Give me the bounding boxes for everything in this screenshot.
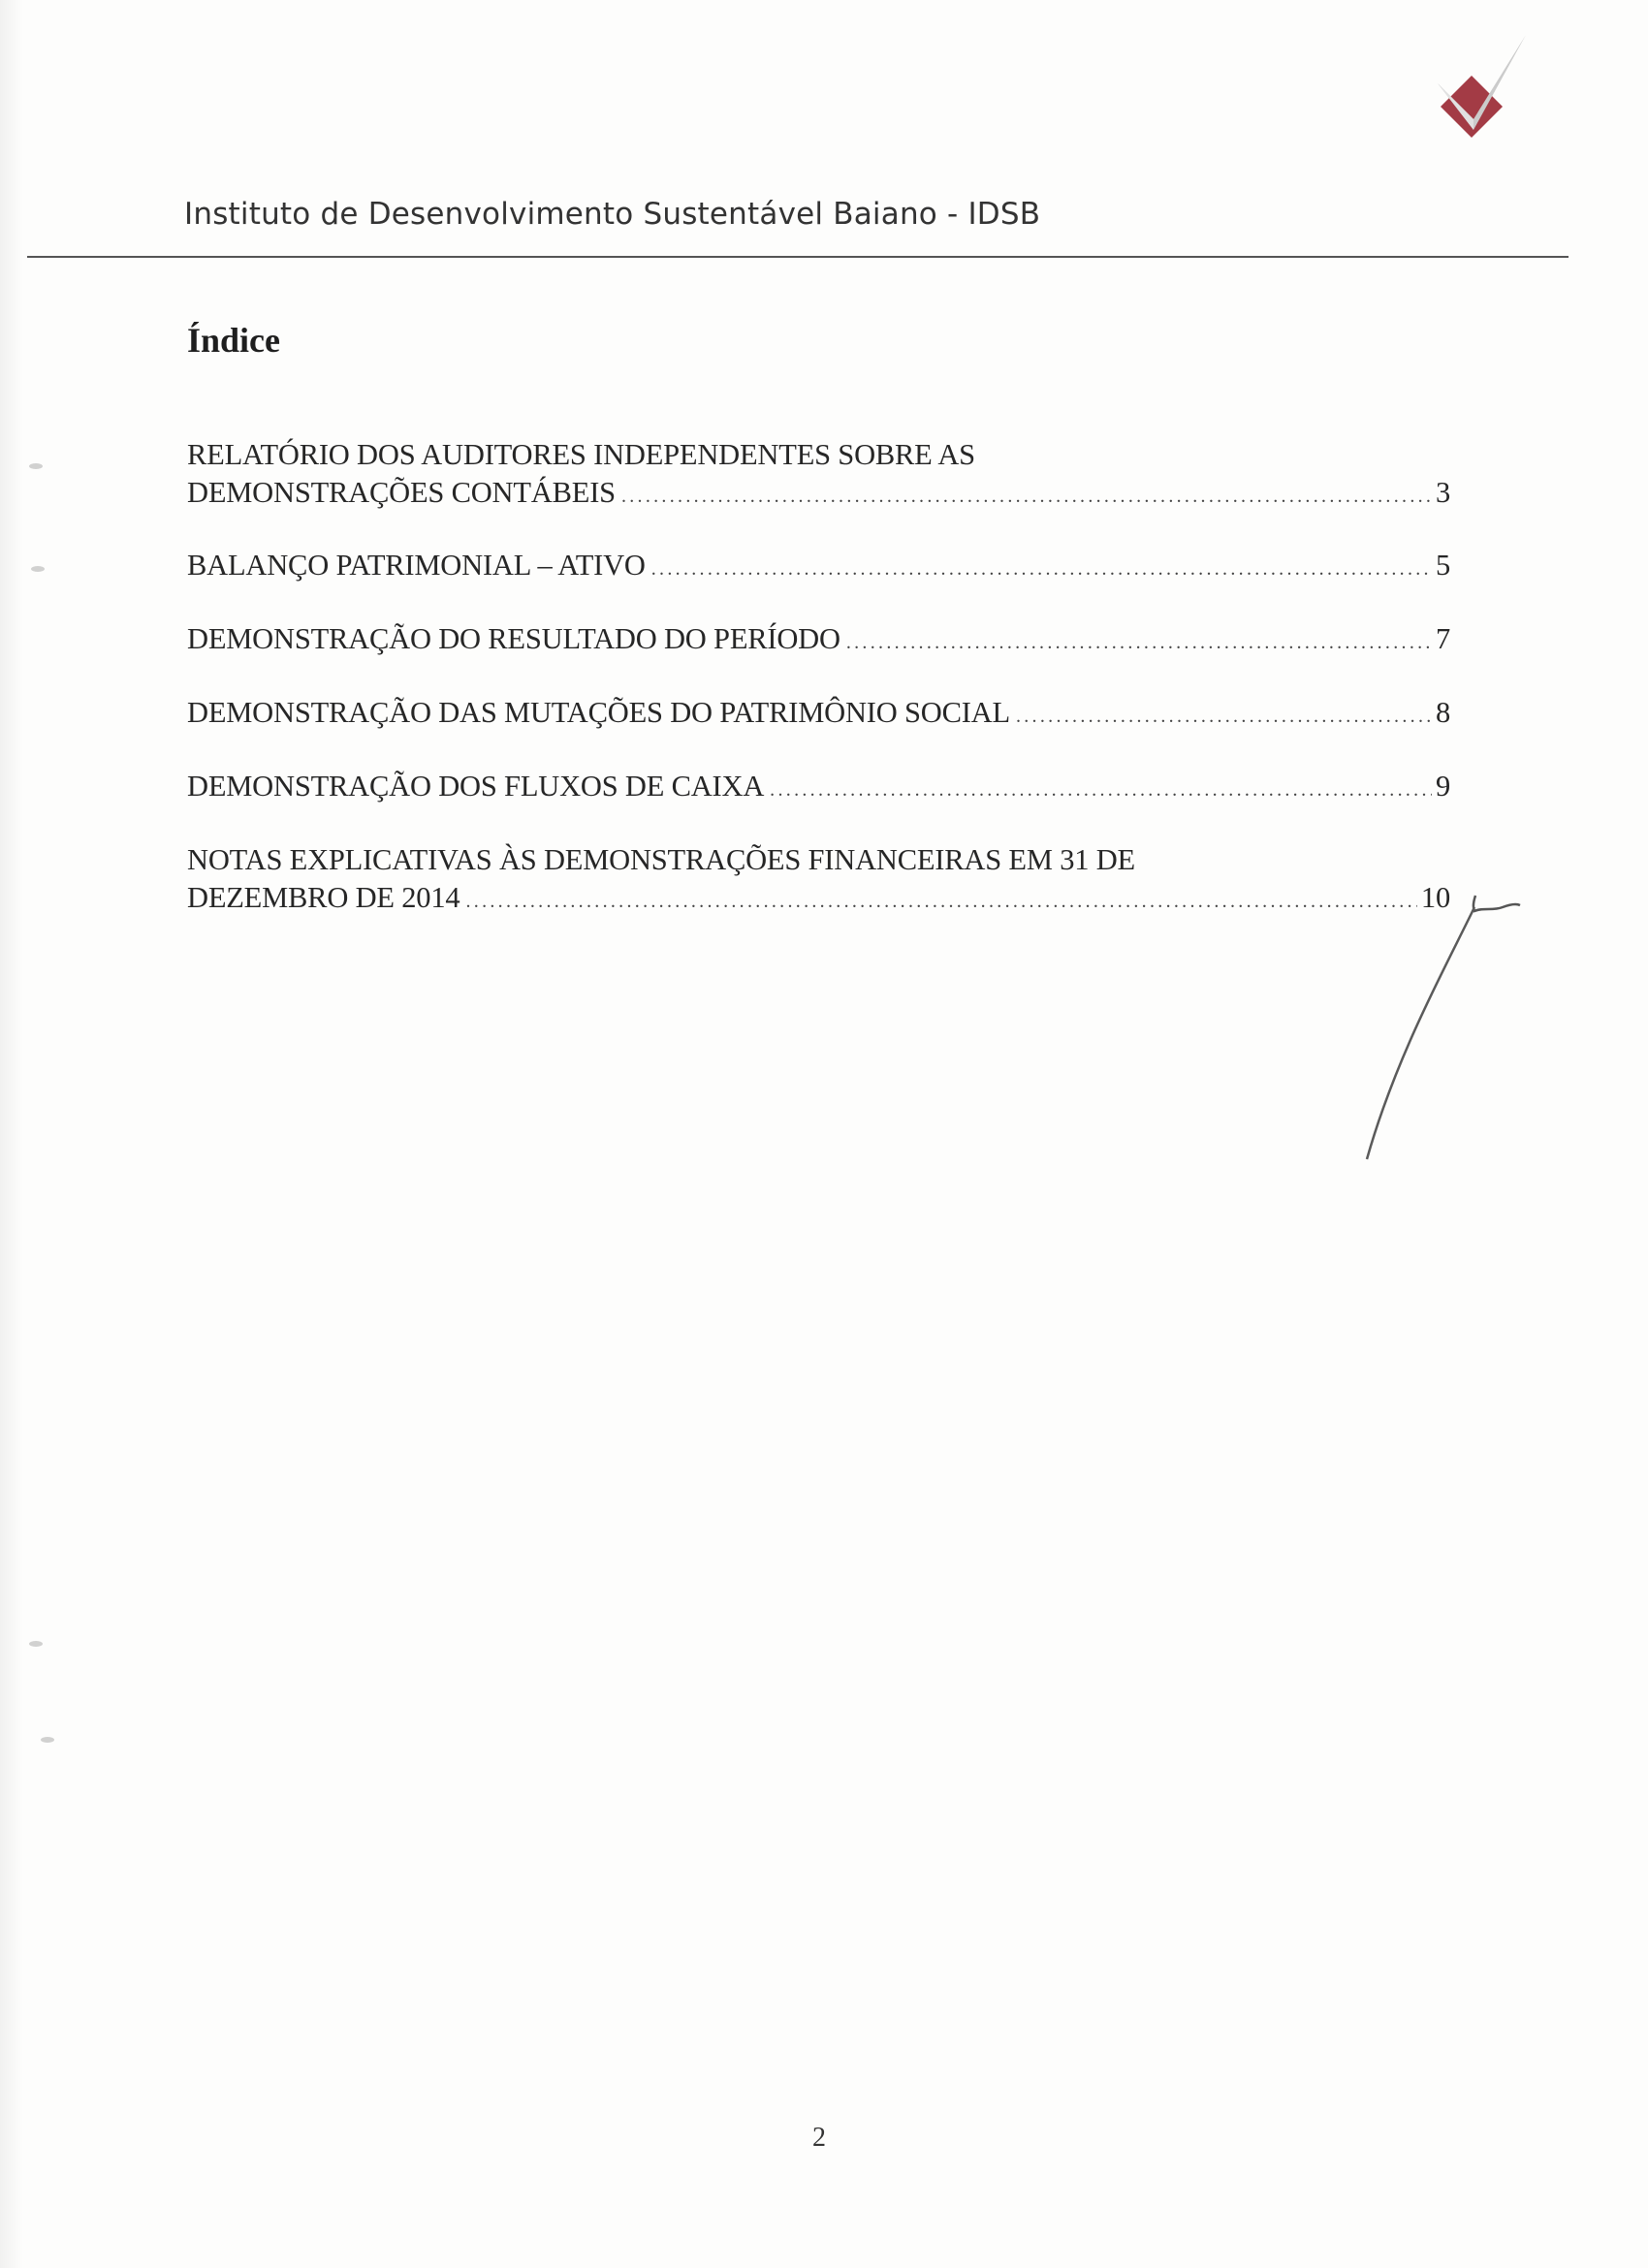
toc-page-number: 7	[1436, 620, 1450, 658]
punch-hole-mark	[29, 1641, 43, 1647]
dot-leader	[846, 624, 1432, 662]
toc-entry-title: BALANÇO PATRIMONIAL – ATIVO	[187, 547, 646, 584]
toc-entry-explanatory-notes[interactable]: NOTAS EXPLICATIVAS ÀS DEMONSTRAÇÕES FINA…	[187, 841, 1450, 921]
dot-leader	[465, 883, 1416, 921]
table-of-contents: RELATÓRIO DOS AUDITORES INDEPENDENTES SO…	[187, 436, 1450, 921]
toc-entry-title: DEMONSTRAÇÕES CONTÁBEIS	[187, 474, 616, 512]
toc-entry-title-line1: RELATÓRIO DOS AUDITORES INDEPENDENTES SO…	[187, 436, 1450, 474]
toc-entry-cash-flows[interactable]: DEMONSTRAÇÃO DOS FLUXOS DE CAIXA 9	[187, 768, 1450, 809]
punch-hole-mark	[41, 1737, 54, 1743]
toc-entry-title: DEZEMBRO DE 2014	[187, 879, 460, 917]
punch-hole-mark	[31, 566, 45, 572]
toc-page-number: 5	[1436, 547, 1450, 584]
toc-page-number: 8	[1436, 694, 1450, 732]
toc-entry-title: DEMONSTRAÇÃO DOS FLUXOS DE CAIXA	[187, 768, 764, 805]
handwritten-signature-icon	[1338, 882, 1532, 1212]
scanned-page-edge-shadow	[0, 0, 23, 2268]
logo-diamond	[1441, 76, 1503, 138]
toc-entry-title: DEMONSTRAÇÃO DO RESULTADO DO PERÍODO	[187, 620, 840, 658]
punch-hole-mark	[29, 463, 43, 469]
index-title: Índice	[187, 320, 280, 361]
toc-entry-balance-sheet[interactable]: BALANÇO PATRIMONIAL – ATIVO 5	[187, 547, 1450, 588]
toc-entry-equity-changes[interactable]: DEMONSTRAÇÃO DAS MUTAÇÕES DO PATRIMÔNIO …	[187, 694, 1450, 736]
toc-entry-auditors-report[interactable]: RELATÓRIO DOS AUDITORES INDEPENDENTES SO…	[187, 436, 1450, 516]
dot-leader	[770, 772, 1432, 809]
idsb-logo-icon	[1435, 29, 1541, 145]
dot-leader	[621, 478, 1432, 516]
dot-leader	[1016, 698, 1432, 736]
page-number: 2	[812, 2123, 826, 2154]
toc-entry-income-statement[interactable]: DEMONSTRAÇÃO DO RESULTADO DO PERÍODO 7	[187, 620, 1450, 662]
dot-leader	[651, 551, 1432, 588]
organization-header: Instituto de Desenvolvimento Sustentável…	[184, 197, 1040, 232]
toc-entry-title: DEMONSTRAÇÃO DAS MUTAÇÕES DO PATRIMÔNIO …	[187, 694, 1010, 732]
toc-entry-title-line1: NOTAS EXPLICATIVAS ÀS DEMONSTRAÇÕES FINA…	[187, 841, 1450, 879]
toc-page-number: 9	[1436, 768, 1450, 805]
toc-page-number: 3	[1436, 474, 1450, 512]
header-divider	[27, 256, 1569, 258]
